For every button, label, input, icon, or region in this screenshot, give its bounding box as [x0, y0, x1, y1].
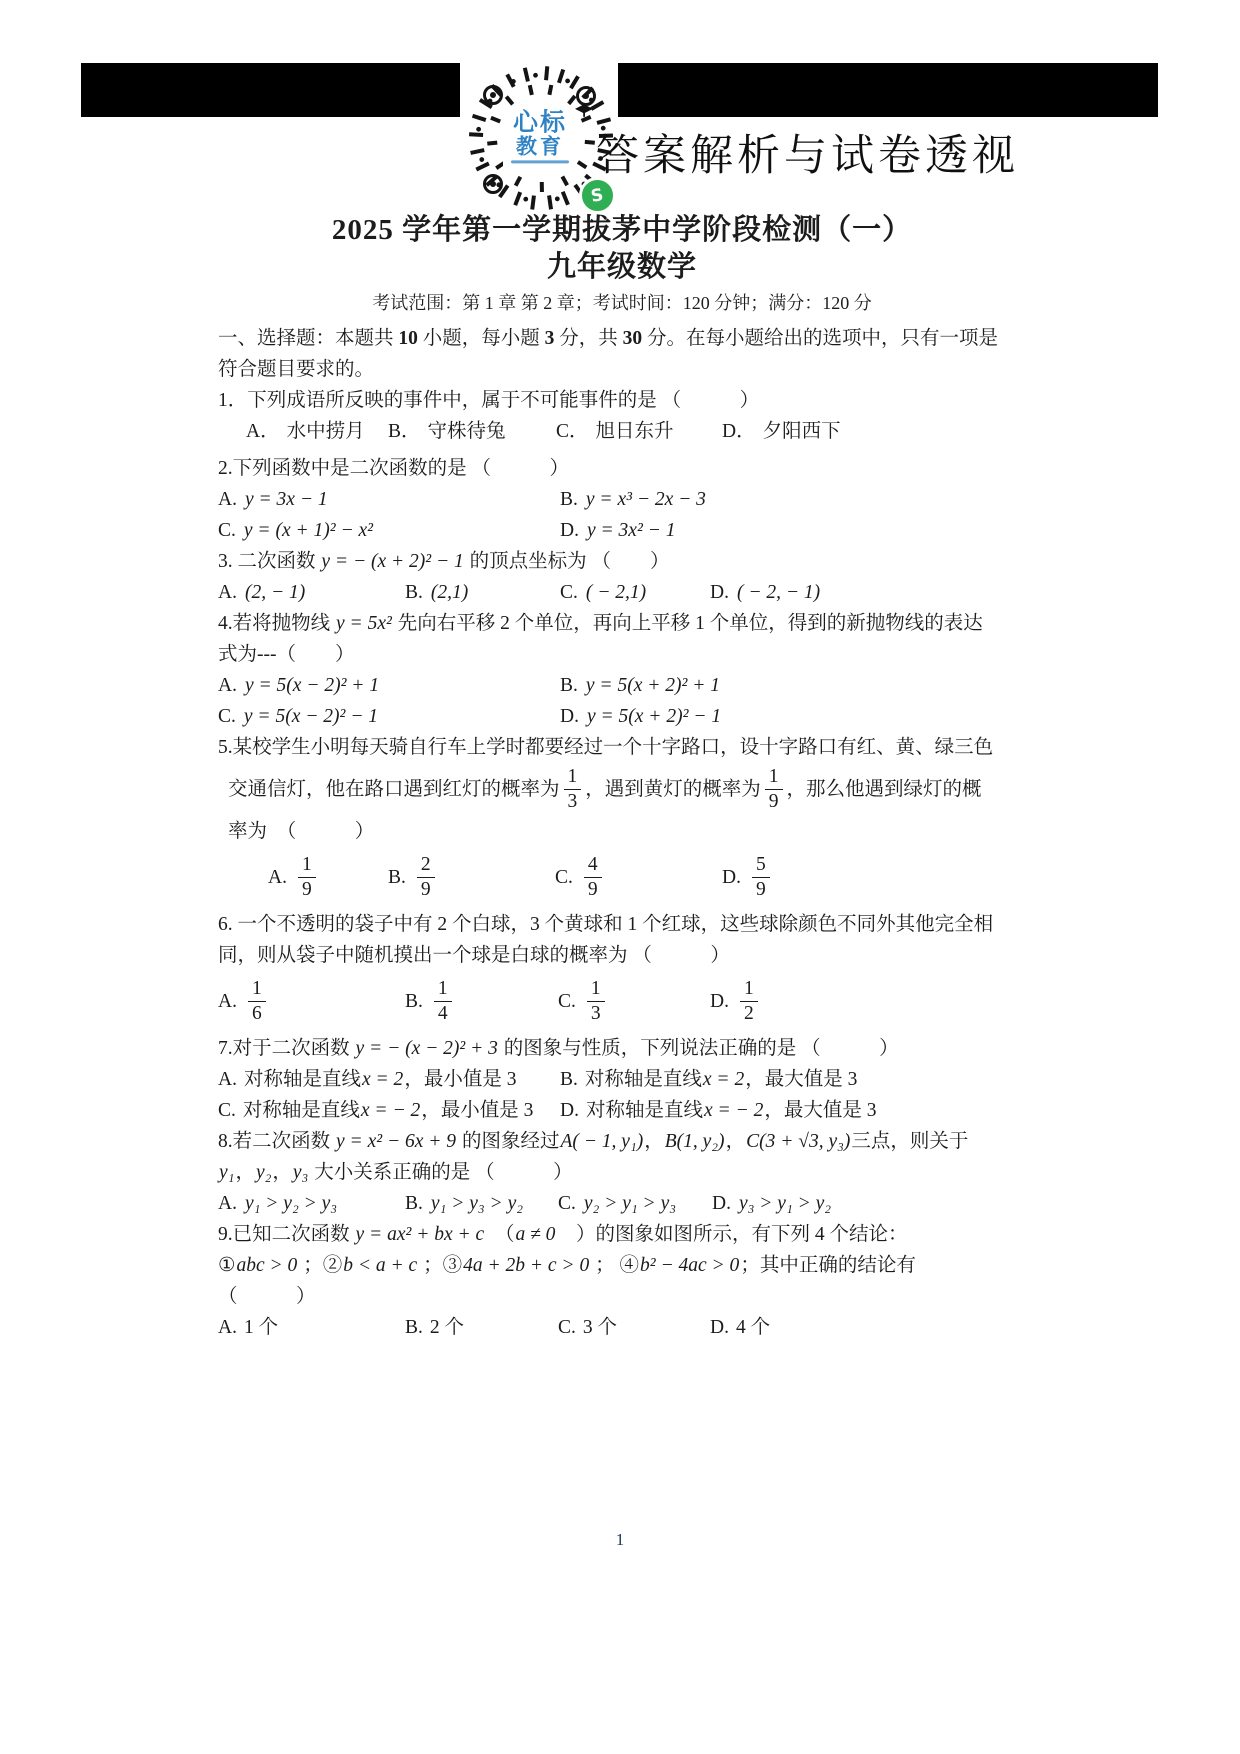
option-text: 19 [294, 854, 320, 901]
q9-options: A.1 个 B.2 个 C.3 个 D.4 个 [218, 1312, 1026, 1343]
logo-url-text [511, 160, 569, 163]
q4-option-c: C.y = 5(x − 2)² − 1 [218, 701, 560, 732]
q4-stem-line2: 式为---（ ） [218, 639, 1026, 670]
fraction: 19 [298, 854, 316, 901]
header-tagline: 答案解析与试卷透视 [596, 122, 1056, 183]
q2-option-d: D.y = 3x² − 1 [560, 515, 676, 546]
q3-stem: 3. 二次函数 y = − (x + 2)² − 1 的顶点坐标为 （ ） [218, 546, 1026, 577]
page-number: 1 [0, 1530, 1240, 1550]
q2-options-row1: A.y = 3x − 1 B.y = x³ − 2x − 3 [218, 484, 1026, 515]
option-label: D. [710, 986, 729, 1017]
option-text: y = 5(x + 2)² − 1 [586, 701, 722, 732]
redaction-bar-right [618, 63, 1158, 117]
fraction: 19 [765, 766, 783, 813]
q1-stem: 1．下列成语所反映的事件中，属于不可能事件的是 （ ） [218, 385, 1026, 416]
option-text: y = 5(x − 2)² + 1 [244, 670, 380, 701]
q8-option-d: D.y₃ > y₁ > y₂ [712, 1188, 832, 1219]
option-label: D. [560, 515, 579, 546]
fraction: 59 [752, 854, 770, 901]
option-label: D. [710, 1312, 729, 1343]
q1-option-c: C．旭日东升 [556, 416, 722, 447]
option-text: 16 [244, 978, 270, 1025]
option-text: 3 个 [583, 1312, 617, 1343]
q5-option-b: B.29 [388, 854, 555, 901]
q5-options: A.19 B.29 C.49 D.59 [218, 849, 1026, 907]
fraction: 16 [248, 978, 266, 1025]
option-text: 水中捞月 [287, 416, 365, 447]
option-label: A. [218, 484, 237, 515]
option-text: 13 [583, 978, 609, 1025]
q3-option-b: B.(2,1) [405, 577, 560, 608]
option-label: B. [405, 1312, 423, 1343]
option-label: D. [722, 862, 741, 893]
q6-option-a: A.16 [218, 978, 405, 1025]
q6-option-b: B.14 [405, 978, 558, 1025]
option-text: y = 3x − 1 [244, 484, 329, 515]
q9-option-b: B.2 个 [405, 1312, 558, 1343]
option-label: B． [388, 416, 421, 447]
q4-options-row1: A.y = 5(x − 2)² + 1 B.y = 5(x + 2)² + 1 [218, 670, 1026, 701]
q8-option-c: C.y₂ > y₁ > y₃ [558, 1188, 712, 1219]
option-label: A. [218, 1188, 237, 1219]
option-text: 对称轴是直线 x = − 2，最小值是 3 [243, 1095, 534, 1126]
q1-option-a: A．水中捞月 [246, 416, 388, 447]
q9-stem-line2: ①abc > 0 ；②b < a + c ；③4a + 2b + c > 0 ；… [218, 1250, 1026, 1281]
option-label: B. [405, 986, 423, 1017]
option-text: 夕阳西下 [763, 416, 841, 447]
option-label: C. [218, 515, 236, 546]
q3-option-d: D.( − 2, − 1) [710, 577, 821, 608]
option-text: y = (x + 1)² − x² [243, 515, 374, 546]
q6-stem-line2: 同，则从袋子中随机摸出一个球是白球的概率为 （ ） [218, 940, 1026, 971]
option-text: ( − 2, − 1) [736, 577, 821, 608]
q3-option-c: C.( − 2,1) [560, 577, 710, 608]
badge-letter: S [590, 185, 606, 207]
option-label: B. [388, 862, 406, 893]
option-label: A. [218, 986, 237, 1017]
q1-option-d: D．夕阳西下 [722, 416, 841, 447]
option-label: A. [268, 862, 287, 893]
fraction: 49 [584, 854, 602, 901]
option-text: y₁ > y₃ > y₂ [430, 1188, 524, 1219]
q7-stem: 7.对于二次函数 y = − (x − 2)² + 3 的图象与性质，下列说法正… [218, 1033, 1026, 1064]
option-text: (2,1) [430, 577, 469, 608]
option-text: 1 个 [244, 1312, 278, 1343]
option-label: A. [218, 577, 237, 608]
q4-option-d: D.y = 5(x + 2)² − 1 [560, 701, 722, 732]
q7-option-d: D.对称轴是直线 x = − 2，最大值是 3 [560, 1095, 876, 1126]
option-label: B. [560, 670, 578, 701]
option-label: C. [218, 1095, 236, 1126]
qr-code: 心标 教育 S [462, 62, 618, 214]
option-text: 59 [748, 854, 774, 901]
option-label: B. [405, 577, 423, 608]
q4-option-a: A.y = 5(x − 2)² + 1 [218, 670, 560, 701]
fraction: 29 [417, 854, 435, 901]
q5-option-d: D.59 [722, 854, 774, 901]
option-text: y₃ > y₁ > y₂ [738, 1188, 832, 1219]
q7-options-row2: C.对称轴是直线 x = − 2，最小值是 3 D.对称轴是直线 x = − 2… [218, 1095, 1026, 1126]
option-text: (2, − 1) [244, 577, 306, 608]
q2-option-b: B.y = x³ − 2x − 3 [560, 484, 707, 515]
option-label: A. [218, 1312, 237, 1343]
q6-stem-line1: 6. 一个不透明的袋子中有 2 个白球，3 个黄球和 1 个红球，这些球除颜色不… [218, 909, 1026, 940]
q2-option-c: C.y = (x + 1)² − x² [218, 515, 560, 546]
q6-options: A.16 B.14 C.13 D.12 [218, 973, 1026, 1031]
fraction: 13 [564, 766, 582, 813]
option-label: C． [556, 416, 589, 447]
option-label: C. [560, 577, 578, 608]
q6-option-c: C.13 [558, 978, 710, 1025]
q2-options-row2: C.y = (x + 1)² − x² D.y = 3x² − 1 [218, 515, 1026, 546]
option-text: 2 个 [430, 1312, 464, 1343]
option-text: y₂ > y₁ > y₃ [583, 1188, 677, 1219]
option-label: B. [560, 1064, 578, 1095]
option-text: 旭日东升 [596, 416, 674, 447]
option-label: C. [558, 1188, 576, 1219]
option-text: y = 5(x − 2)² − 1 [243, 701, 379, 732]
option-text: 对称轴是直线 x = − 2，最大值是 3 [586, 1095, 877, 1126]
q3-options: A.(2, − 1) B.(2,1) C.( − 2,1) D.( − 2, −… [218, 577, 1026, 608]
option-text: 对称轴是直线 x = 2，最小值是 3 [244, 1064, 516, 1095]
option-text: 对称轴是直线 x = 2，最大值是 3 [585, 1064, 857, 1095]
section-intro-line2: 符合题目要求的。 [218, 354, 1026, 385]
q6-option-d: D.12 [710, 978, 762, 1025]
q7-option-c: C.对称轴是直线 x = − 2，最小值是 3 [218, 1095, 560, 1126]
q9-option-a: A.1 个 [218, 1312, 405, 1343]
exam-title-line1: 2025 学年第一学期拔茅中学阶段检测（一） [218, 212, 1026, 249]
option-label: C. [558, 1312, 576, 1343]
q1-options: A．水中捞月 B．守株待兔 C．旭日东升 D．夕阳西下 [218, 416, 1026, 447]
option-label: C. [218, 701, 236, 732]
q8-option-a: A.y₁ > y₂ > y₃ [218, 1188, 405, 1219]
q4-stem-line1: 4.若将抛物线 y = 5x² 先向右平移 2 个单位，再向上平移 1 个单位，… [218, 608, 1026, 639]
q7-options-row1: A.对称轴是直线 x = 2，最小值是 3 B.对称轴是直线 x = 2，最大值… [218, 1064, 1026, 1095]
q4-options-row2: C.y = 5(x − 2)² − 1 D.y = 5(x + 2)² − 1 [218, 701, 1026, 732]
q7-option-a: A.对称轴是直线 x = 2，最小值是 3 [218, 1064, 560, 1095]
q8-options: A.y₁ > y₂ > y₃ B.y₁ > y₃ > y₂ C.y₂ > y₁ … [218, 1188, 1026, 1219]
fraction: 14 [434, 978, 452, 1025]
q2-stem: 2.下列函数中是二次函数的是 （ ） [218, 453, 1026, 484]
option-label: D. [560, 1095, 579, 1126]
option-text: 12 [736, 978, 762, 1025]
q9-stem-line3: （ ） [218, 1281, 1026, 1312]
option-label: B. [560, 484, 578, 515]
fraction: 13 [587, 978, 605, 1025]
option-label: A. [218, 1064, 237, 1095]
option-label: C. [558, 986, 576, 1017]
option-label: D. [710, 577, 729, 608]
option-label: A. [218, 670, 237, 701]
option-text: y₁ > y₂ > y₃ [244, 1188, 338, 1219]
q9-option-c: C.3 个 [558, 1312, 710, 1343]
exam-meta-line: 考试范围：第 1 章 第 2 章；考试时间：120 分钟；满分：120 分 [218, 288, 1026, 318]
option-text: 29 [413, 854, 439, 901]
option-text: 守株待兔 [428, 416, 506, 447]
exam-title-line2: 九年级数学 [218, 249, 1026, 286]
q5-stem-line2: 交通信灯，他在路口遇到红灯的概率为13，遇到黄灯的概率为19，那么他遇到绿灯的概 [218, 766, 1026, 813]
option-text: ( − 2,1) [585, 577, 647, 608]
exam-page: 心标 教育 S 答案解析与试卷透视 2025 学年第一学期拔茅中学阶段检测（一）… [0, 0, 1240, 1754]
redaction-bar-left [81, 63, 460, 117]
q7-option-b: B.对称轴是直线 x = 2，最大值是 3 [560, 1064, 857, 1095]
logo: 心标 教育 [503, 107, 577, 166]
q8-option-b: B.y₁ > y₃ > y₂ [405, 1188, 558, 1219]
q2-option-a: A.y = 3x − 1 [218, 484, 560, 515]
q8-stem-line2: y₁，y₂，y₃ 大小关系正确的是 （ ） [218, 1157, 1026, 1188]
q1-option-b: B．守株待兔 [388, 416, 556, 447]
option-label: D. [560, 701, 579, 732]
exam-content: 2025 学年第一学期拔茅中学阶段检测（一） 九年级数学 考试范围：第 1 章 … [218, 212, 1026, 1343]
logo-text-line1: 心标 [511, 109, 569, 135]
q9-option-d: D.4 个 [710, 1312, 770, 1343]
option-label: A． [246, 416, 280, 447]
option-label: B. [405, 1188, 423, 1219]
q5-stem-line1: 5.某校学生小明每天骑自行车上学时都要经过一个十字路口，设十字路口有红、黄、绿三… [218, 732, 1026, 763]
option-text: 4 个 [736, 1312, 770, 1343]
option-text: y = x³ − 2x − 3 [585, 484, 707, 515]
option-text: y = 3x² − 1 [586, 515, 676, 546]
q9-stem-line1: 9.已知二次函数 y = ax² + bx + c （a ≠ 0 ）的图象如图所… [218, 1219, 1026, 1250]
option-text: 14 [430, 978, 456, 1025]
option-label: D． [722, 416, 756, 447]
option-text: y = 5(x + 2)² + 1 [585, 670, 721, 701]
q4-option-b: B.y = 5(x + 2)² + 1 [560, 670, 721, 701]
q3-option-a: A.(2, − 1) [218, 577, 405, 608]
q5-option-c: C.49 [555, 854, 722, 901]
option-label: C. [555, 862, 573, 893]
logo-text-line2: 教育 [511, 135, 569, 158]
option-text: 49 [580, 854, 606, 901]
option-label: D. [712, 1188, 731, 1219]
q5-stem-line3: 率为 （ ） [218, 816, 1026, 847]
q8-stem-line1: 8.若二次函数 y = x² − 6x + 9 的图象经过A( − 1, y₁)… [218, 1126, 1026, 1157]
q5-option-a: A.19 [268, 854, 388, 901]
fraction: 12 [740, 978, 758, 1025]
section-intro-line1: 一、选择题：本题共 10 小题，每小题 3 分，共 30 分。在每小题给出的选项… [218, 323, 1026, 354]
